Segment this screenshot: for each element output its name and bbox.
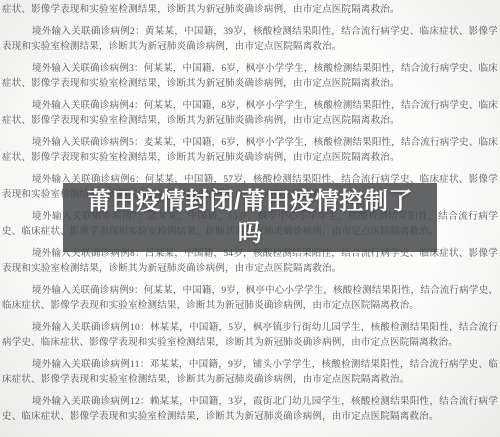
paragraph: 境外输入关联确诊病例12：赖某某，中国籍，3岁，霞街北门幼儿园学生，核酸检测结果… — [2, 395, 498, 425]
paragraph: 境外输入关联确诊病例5：麦某某，中国籍，6岁，枫亭小学学生，核酸检测结果阳性，结… — [2, 136, 498, 166]
overlay-title-line1: 莆田疫情封闭/莆田疫情控制了 — [80, 186, 420, 218]
news-article-image: 症状、影像学表现和实验室检测结果，诊断其为新冠肺炎确诊病例，由市定点医院隔离救治… — [0, 0, 500, 437]
paragraph: 境外输入关联确诊病例2：黄某某，中国籍，39岁，核酸检测结果阳性，结合流行病学史… — [2, 25, 498, 55]
overlay-title-line2: 吗 — [80, 218, 420, 250]
paragraph: 境外输入关联确诊病例4：何某某，中国籍，8岁，枫亭小学学生，核酸检测结果阳性，结… — [2, 99, 498, 129]
title-overlay: 莆田疫情封闭/莆田疫情控制了 吗 — [63, 183, 437, 252]
paragraph: 境外输入关联确诊病例11：邓某某，中国籍，9岁，铺头小学学生，核酸检测结果阳性，… — [2, 358, 498, 388]
paragraph: 境外输入关联确诊病例3：何某某，中国籍，6岁，枫亭小学学生，核酸检测结果阳性，结… — [2, 62, 498, 92]
overlay-title: 莆田疫情封闭/莆田疫情控制了 吗 — [80, 186, 420, 250]
paragraph: 症状、影像学表现和实验室检测结果，诊断其为新冠肺炎确诊病例，由市定点医院隔离救治… — [2, 3, 498, 18]
paragraph: 境外输入关联确诊病例10：林某某，中国籍，5岁，枫亭镇步行街幼儿园学生，核酸检测… — [2, 321, 498, 351]
paragraph: 境外输入关联确诊病例9：何某某，中国籍，9岁，枫亭中心小学学生，核酸检测结果阳性… — [2, 284, 498, 314]
